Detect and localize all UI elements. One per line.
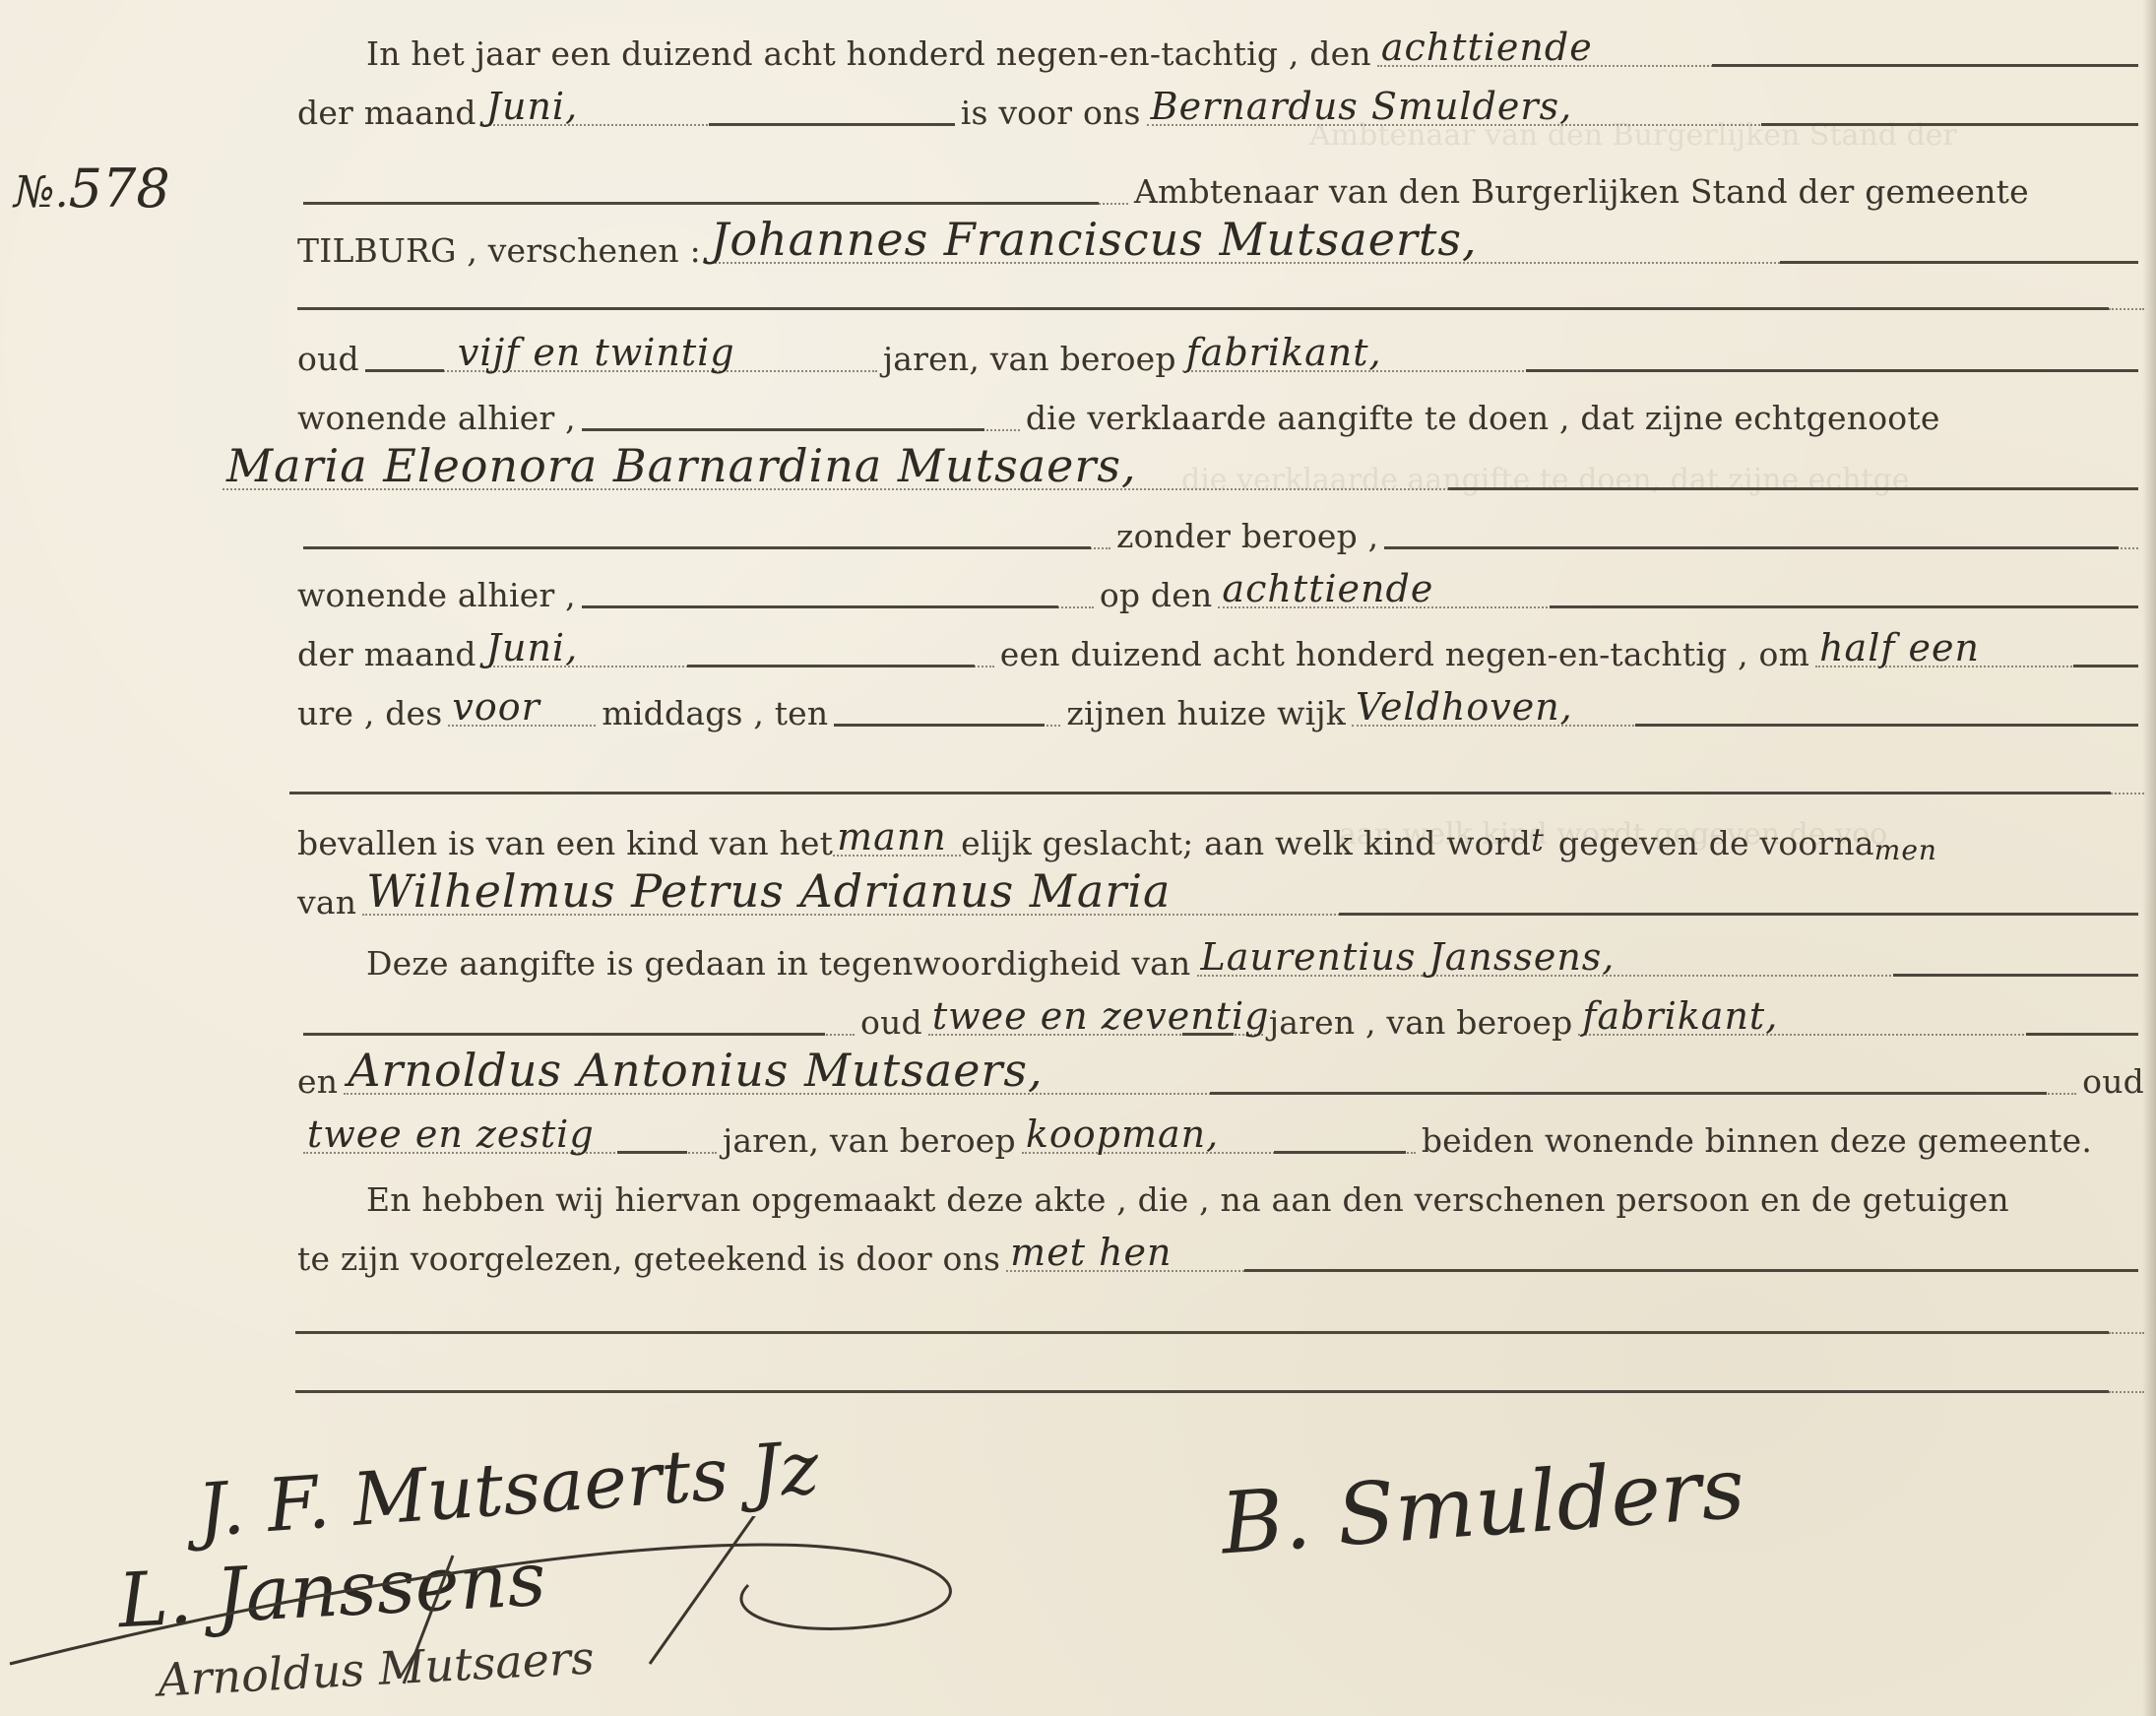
- line-witness1: Deze aangifte is gedaan in tegenwoordigh…: [366, 927, 2144, 986]
- field-day: achttiende: [1377, 18, 2138, 77]
- line-age-occupation: oud vijf en twintig jaren, van beroep fa…: [297, 323, 2144, 382]
- line-mother-occupation: zonder beroep ,: [297, 500, 2144, 559]
- handwritten-child-names: Wilhelmus Petrus Adrianus Maria: [362, 864, 1176, 925]
- line-official-title: Ambtenaar van den Burgerlijken Stand der…: [297, 156, 2144, 215]
- printed-text: bevallen is van een kind van het: [297, 824, 833, 866]
- handwritten-declarant-name: Johannes Franciscus Mutsaerts,: [707, 213, 1484, 274]
- line-child-sex: bevallen is van een kind van het mann el…: [297, 807, 2144, 866]
- line-signed-by: te zijn voorgelezen, geteekend is door o…: [297, 1223, 2144, 1282]
- field-blank: [303, 156, 1128, 215]
- field-signed-by: met hen: [1006, 1223, 2138, 1282]
- printed-text: zijnen huize wijk: [1066, 694, 1346, 736]
- line-year-day: In het jaar een duizend acht honderd neg…: [366, 18, 2144, 77]
- field-district: Veldhoven,: [1352, 677, 2138, 736]
- blank-rule: [295, 1331, 2109, 1334]
- blank-rule: [289, 792, 2111, 794]
- printed-text: op den: [1100, 576, 1213, 618]
- field-ante-post-meridiem: voor: [448, 677, 596, 736]
- field-blank: [582, 559, 1094, 618]
- handwritten-registrar-name: Bernardus Smulders,: [1147, 85, 1579, 136]
- field-birth-hour: half een: [1815, 618, 2138, 677]
- printed-text: is voor ons: [961, 94, 1141, 136]
- line-closing: En hebben wij hiervan opgemaakt deze akt…: [366, 1164, 2144, 1223]
- blank-rule: [2109, 308, 2144, 310]
- field-child-names: Wilhelmus Petrus Adrianus Maria: [362, 866, 2138, 925]
- handwritten-witness1-occupation: fabrikant,: [1578, 994, 1784, 1046]
- field-registrar-name: Bernardus Smulders,: [1147, 77, 2138, 136]
- printed-text: oud: [297, 340, 359, 382]
- field-mother-name: Maria Eleonora Barnardina Mutsaers,: [222, 441, 2138, 500]
- handwritten-declarant-occupation: fabrikant,: [1182, 331, 1388, 382]
- act-number: №.578: [14, 158, 170, 220]
- handwritten-witness2-occupation: koopman,: [1022, 1112, 1225, 1164]
- blank-rule: [297, 307, 2109, 310]
- field-blank: [303, 986, 855, 1046]
- handwritten-witness2-name: Arnoldus Antonius Mutsaers,: [344, 1044, 1048, 1105]
- signature-registrar: B. Smulders: [1218, 1439, 1747, 1574]
- line-month-registrar: der maand Juni, is voor ons Bernardus Sm…: [297, 77, 2144, 136]
- printed-text: beiden wonende binnen deze gemeente.: [1422, 1121, 2092, 1164]
- handwritten-district: Veldhoven,: [1352, 685, 1579, 736]
- printed-text: een duizend acht honderd negen-en-tachti…: [1000, 635, 1809, 677]
- blank-rule: [2109, 1332, 2144, 1334]
- printed-text: jaren , van beroep: [1269, 1003, 1573, 1046]
- handwritten-witness1-name: Laurentius Janssens,: [1197, 935, 1621, 986]
- printed-text: te zijn voorgelezen, geteekend is door o…: [297, 1239, 1000, 1282]
- handwritten-birth-hour: half een: [1815, 626, 1986, 677]
- field-witness1-occupation: fabrikant,: [1578, 986, 2138, 1046]
- printed-text: van: [297, 883, 356, 925]
- handwritten-declarant-age: vijf en twintig: [454, 331, 741, 382]
- line-mother-name: Maria Eleonora Barnardina Mutsaers,: [217, 441, 2144, 500]
- field-blank: [1384, 500, 2138, 559]
- printed-text: en: [297, 1062, 338, 1105]
- printed-text: Ambtenaar van den Burgerlijken Stand der…: [1134, 172, 2029, 215]
- printed-text: wonende alhier ,: [297, 576, 576, 618]
- field-birth-month: Juni,: [482, 618, 994, 677]
- handwritten-birth-month: Juni,: [482, 626, 584, 677]
- field-witness2-occupation: koopman,: [1022, 1105, 1416, 1164]
- line-birth-month-time: der maand Juni, een duizend acht honderd…: [297, 618, 2144, 677]
- printed-text: elijk geslacht; aan welk kind word: [961, 824, 1531, 866]
- field-declarant-age: vijf en twintig: [365, 323, 877, 382]
- line-witness2: en Arnoldus Antonius Mutsaers, oud: [297, 1046, 2144, 1105]
- printed-text: oud: [2082, 1062, 2144, 1105]
- field-birth-day: achttiende: [1218, 559, 2138, 618]
- line-witness1-age-occupation: oud twee en zeventig jaren , van beroep …: [297, 986, 2144, 1046]
- blank-rule: [2111, 793, 2144, 794]
- line-residence: wonende alhier , die verklaarde aangifte…: [297, 382, 2144, 441]
- handwritten-day: achttiende: [1377, 26, 1599, 77]
- handwritten-mother-name: Maria Eleonora Barnardina Mutsaers,: [222, 439, 1143, 500]
- line-declarant: TILBURG , verschenen : Johannes Francisc…: [297, 215, 2144, 274]
- printed-text: In het jaar een duizend acht honderd neg…: [366, 34, 1371, 77]
- handwritten-signed-by: met hen: [1006, 1231, 1177, 1282]
- field-child-sex: mann: [833, 807, 961, 866]
- field-blank: [582, 382, 1020, 441]
- field-month: Juni,: [482, 77, 955, 136]
- printed-text: die verklaarde aangifte te doen , dat zi…: [1026, 399, 1940, 441]
- field-blank: [303, 500, 1110, 559]
- printed-text: zonder beroep ,: [1116, 517, 1378, 559]
- field-witness2-age: twee en zestig: [303, 1105, 717, 1164]
- line-child-names: van Wilhelmus Petrus Adrianus Maria: [297, 866, 2144, 925]
- page-edge-shadow: [2142, 0, 2156, 1716]
- field-witness1-age: twee en zeventig: [928, 986, 1263, 1046]
- line-birth-day: wonende alhier , op den achttiende: [297, 559, 2144, 618]
- field-witness2-name: Arnoldus Antonius Mutsaers,: [344, 1046, 2076, 1105]
- printed-text: Deze aangifte is gedaan in tegenwoordigh…: [366, 944, 1191, 986]
- handwritten-witness1-age: twee en zeventig: [928, 994, 1276, 1046]
- handwritten-birth-day: achttiende: [1218, 567, 1439, 618]
- handwritten-child-sex: mann: [833, 815, 953, 866]
- blank-rule: [295, 1390, 2109, 1393]
- printed-text: TILBURG , verschenen :: [297, 231, 701, 274]
- handwritten-month: Juni,: [482, 85, 584, 136]
- printed-text: ure , des: [297, 694, 442, 736]
- field-blank: [834, 677, 1060, 736]
- blank-rule: [2109, 1391, 2144, 1393]
- field-declarant-name: Johannes Franciscus Mutsaerts,: [707, 215, 2138, 274]
- handwritten-correction: men: [1874, 834, 1937, 866]
- line-time-place: ure , des voor middags , ten zijnen huiz…: [297, 677, 2144, 736]
- field-witness1-name: Laurentius Janssens,: [1197, 927, 2139, 986]
- printed-text: der maand: [297, 94, 476, 136]
- printed-text: gegeven de voorna: [1558, 824, 1874, 866]
- printed-text: jaren, van beroep: [883, 340, 1176, 382]
- handwritten-ante-meridiem: voor: [448, 685, 545, 736]
- handwritten-witness2-age: twee en zestig: [303, 1112, 601, 1164]
- field-declarant-occupation: fabrikant,: [1182, 323, 2138, 382]
- line-witness2-age-occupation: twee en zestig jaren, van beroep koopman…: [297, 1105, 2144, 1164]
- printed-text: middags , ten: [602, 694, 828, 736]
- civil-registry-page: Ambtenaar van den Burgerlijken Stand der…: [0, 0, 2156, 1716]
- printed-text: wonende alhier ,: [297, 399, 576, 441]
- printed-text: der maand: [297, 635, 476, 677]
- printed-text: oud: [860, 1003, 922, 1046]
- handwritten-correction: t: [1531, 821, 1558, 866]
- printed-text: jaren, van beroep: [723, 1121, 1016, 1164]
- printed-text: En hebben wij hiervan opgemaakt deze akt…: [366, 1180, 2009, 1223]
- signature-flourish: [0, 1516, 984, 1693]
